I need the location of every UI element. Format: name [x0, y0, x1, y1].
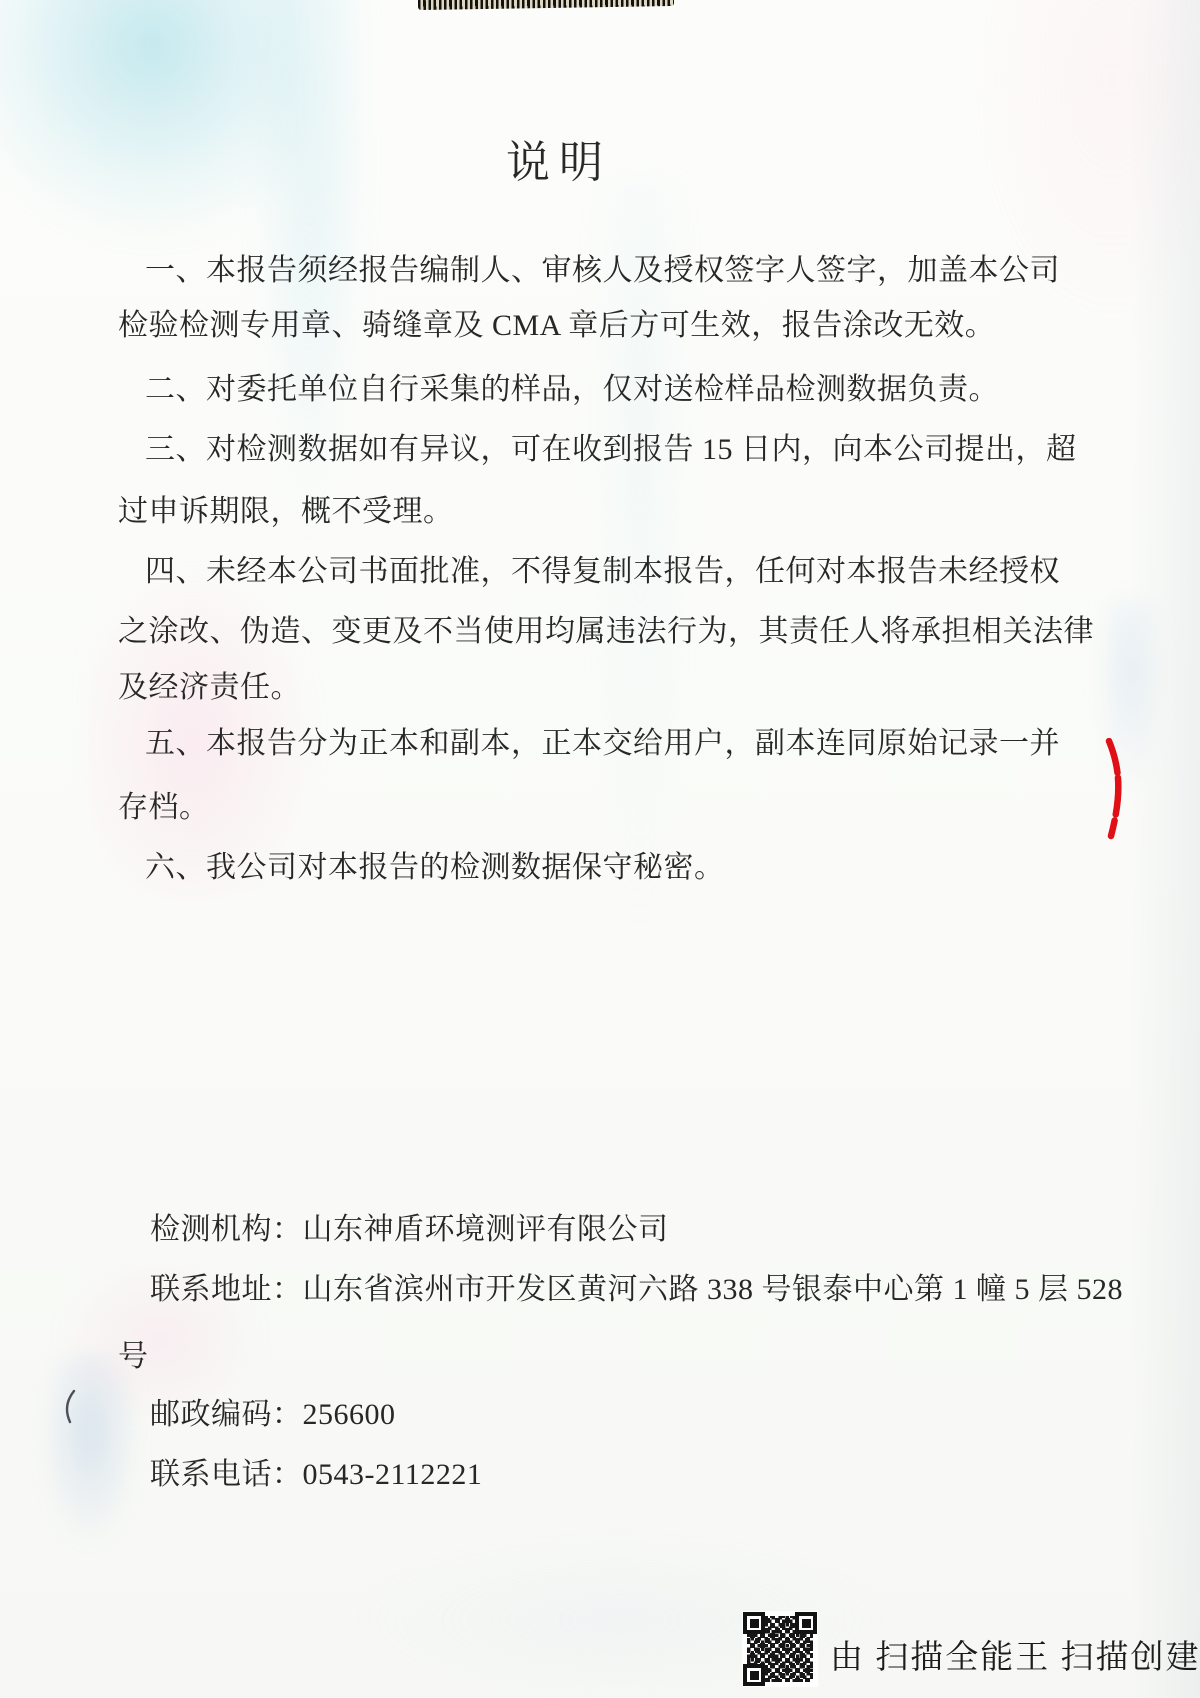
red-pen-mark	[1099, 738, 1131, 842]
body-line: 及经济责任。	[118, 670, 301, 706]
scan-stain	[85, 550, 325, 900]
body-line: 六、我公司对本报告的检测数据保守秘密。	[145, 850, 725, 886]
scanned-document-page: 说明 一、本报告须经报告编制人、审核人及授权签字人签字，加盖本公司 检验检测专用…	[0, 0, 1200, 1698]
contact-line: 联系地址：山东省滨州市开发区黄河六路 338 号银泰中心第 1 幢 5 层 52…	[150, 1272, 1123, 1308]
qr-finder-icon	[795, 1612, 817, 1634]
scan-edge-shadow	[1130, 0, 1200, 1698]
body-line: 过申诉期限，概不受理。	[118, 494, 454, 530]
pen-tick-mark	[60, 1389, 78, 1425]
page-title: 说明	[506, 126, 612, 190]
body-line: 四、未经本公司书面批准，不得复制本报告，任何对本报告未经授权	[145, 554, 1060, 590]
scanner-credit-text: 由 扫描全能王 扫描创建	[830, 1631, 1200, 1678]
body-line: 之涂改、伪造、变更及不当使用均属违法行为，其责任人将承担相关法律	[118, 614, 1094, 650]
body-line: 存档。	[118, 790, 210, 826]
qr-finder-icon	[743, 1612, 765, 1634]
scan-stain	[950, 0, 1200, 360]
binding-strip	[418, 0, 674, 10]
body-line: 一、本报告须经报告编制人、审核人及授权签字人签字，加盖本公司	[145, 253, 1060, 289]
scan-stain	[40, 1355, 140, 1545]
qr-finder-icon	[743, 1664, 765, 1686]
body-line: 检验检测专用章、骑缝章及 CMA 章后方可生效，报告涂改无效。	[118, 308, 995, 344]
scan-stain	[0, 0, 300, 260]
contact-line: 邮政编码：256600	[150, 1397, 396, 1433]
contact-line: 联系电话：0543-2112221	[150, 1457, 482, 1493]
qr-code-icon	[742, 1611, 818, 1687]
body-line: 五、本报告分为正本和副本，正本交给用户，副本连同原始记录一并	[145, 726, 1060, 762]
body-line: 二、对委托单位自行采集的样品，仅对送检样品检测数据负责。	[145, 372, 999, 408]
contact-line: 号	[118, 1339, 149, 1375]
body-line: 三、对检测数据如有异议，可在收到报告 15 日内，向本公司提出，超	[145, 432, 1077, 468]
contact-line: 检测机构：山东神盾环境测评有限公司	[150, 1212, 669, 1248]
